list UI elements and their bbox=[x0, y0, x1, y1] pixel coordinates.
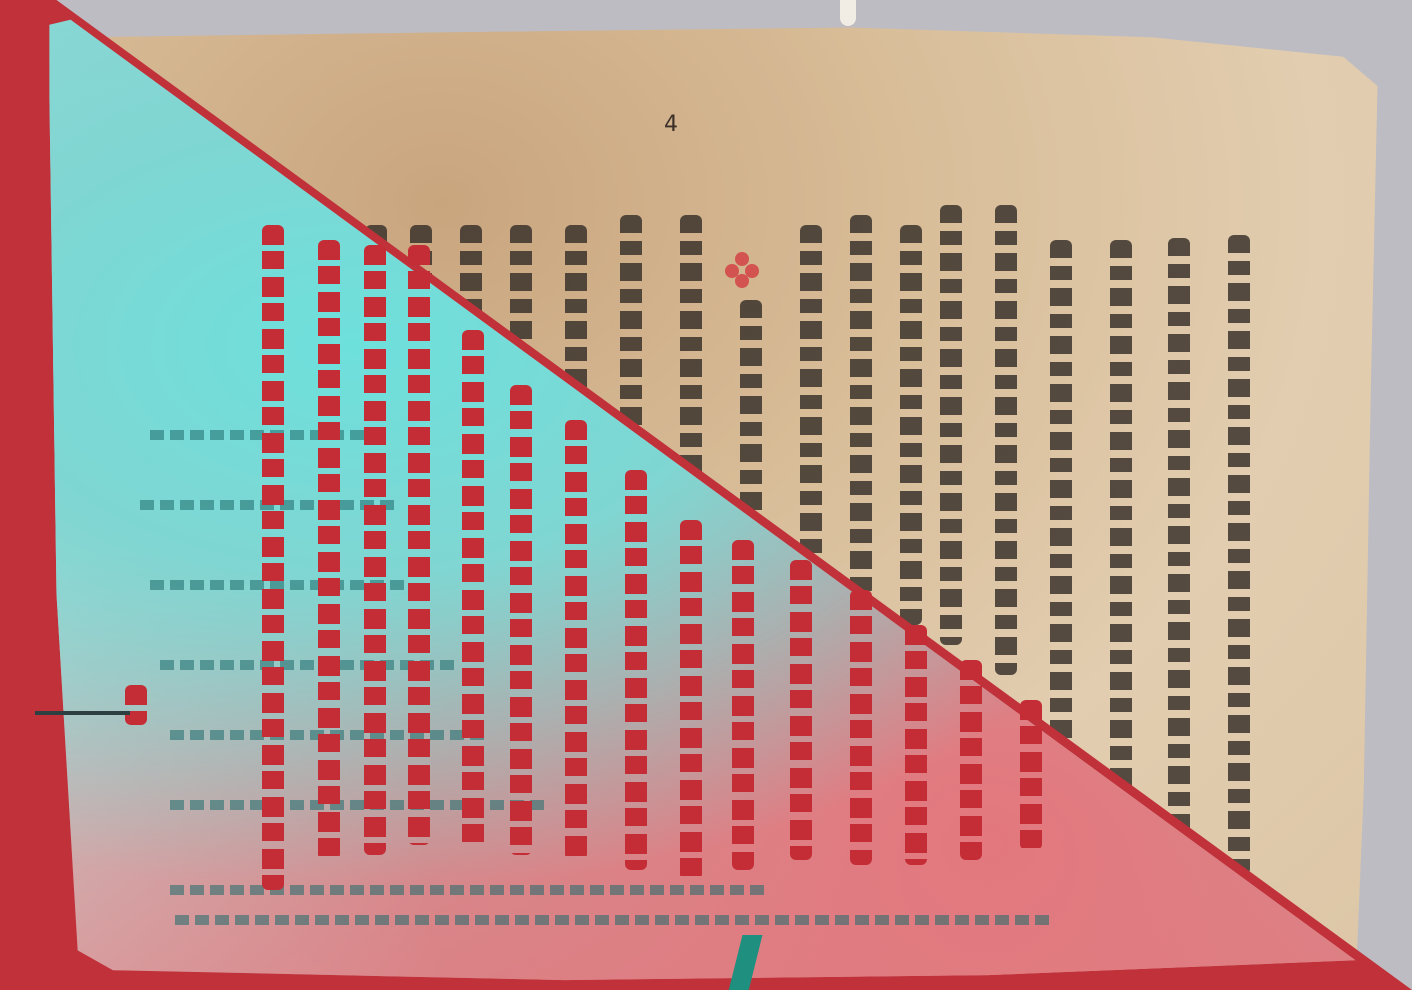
rosette-ornament bbox=[725, 252, 759, 286]
mount-hanger bbox=[840, 0, 856, 26]
leaf-crack bbox=[35, 711, 130, 715]
page-number-mark: 4 bbox=[664, 112, 704, 132]
